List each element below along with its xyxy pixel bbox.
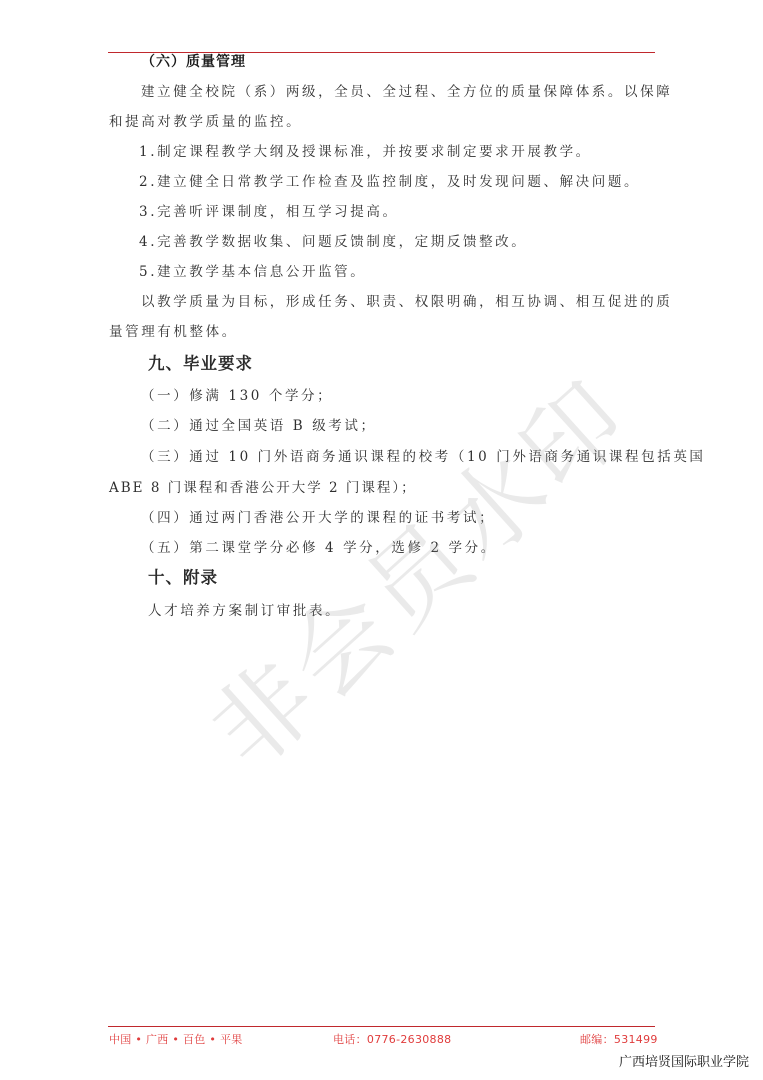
paragraph-line: 和提高对教学质量的监控。 bbox=[109, 114, 302, 130]
footer-location: 中国 • 广西 • 百色 • 平果 bbox=[109, 1031, 243, 1047]
requirement-item: （四）通过两门香港公开大学的课程的证书考试； bbox=[141, 510, 495, 526]
list-item: 1.制定课程教学大纲及授课标准，并按要求制定要求开展教学。 bbox=[139, 144, 592, 160]
requirement-item-continued: ABE 8 门课程和香港公开大学 2 门课程）； bbox=[109, 480, 417, 496]
list-item: 3.完善听评课制度，相互学习提高。 bbox=[139, 204, 399, 220]
section-heading-appendix: 十、附录 bbox=[148, 568, 218, 588]
list-item: 4.完善教学数据收集、问题反馈制度，定期反馈整改。 bbox=[139, 234, 527, 250]
document-page: （六）质量管理 建立健全校院（系）两级，全员、全过程、全方位的质量保障体系。以保… bbox=[0, 0, 763, 1080]
requirement-item: （二）通过全国英语 B 级考试； bbox=[141, 418, 377, 434]
section-heading-graduation-requirements: 九、毕业要求 bbox=[148, 354, 253, 374]
paragraph-line: 量管理有机整体。 bbox=[109, 324, 238, 340]
appendix-text: 人才培养方案制订审批表。 bbox=[148, 603, 341, 619]
list-item: 5.建立教学基本信息公开监管。 bbox=[139, 264, 366, 280]
requirement-item: （五）第二课堂学分必修 4 学分，选修 2 学分。 bbox=[141, 540, 497, 556]
footer-postcode: 邮编：531499 bbox=[580, 1031, 658, 1047]
requirement-item: （一）修满 130 个学分； bbox=[141, 388, 333, 404]
paragraph-line: 以教学质量为目标，形成任务、职责、权限明确，相互协调、相互促进的质 bbox=[141, 294, 672, 310]
paragraph-line: 建立健全校院（系）两级，全员、全过程、全方位的质量保障体系。以保障 bbox=[141, 84, 672, 100]
footer-phone: 电话：0776-2630888 bbox=[333, 1031, 451, 1047]
header-rule bbox=[108, 52, 655, 53]
requirement-item: （三）通过 10 门外语商务通识课程的校考（10 门外语商务通识课程包括英国 bbox=[141, 449, 706, 465]
list-item: 2.建立健全日常教学工作检查及监控制度，及时发现问题、解决问题。 bbox=[139, 174, 640, 190]
footer-rule bbox=[108, 1026, 655, 1027]
watermark: 非会员水印 bbox=[175, 342, 656, 795]
subsection-heading-quality-management: （六）质量管理 bbox=[141, 54, 246, 70]
institution-name: 广西培贤国际职业学院 bbox=[619, 1051, 749, 1070]
